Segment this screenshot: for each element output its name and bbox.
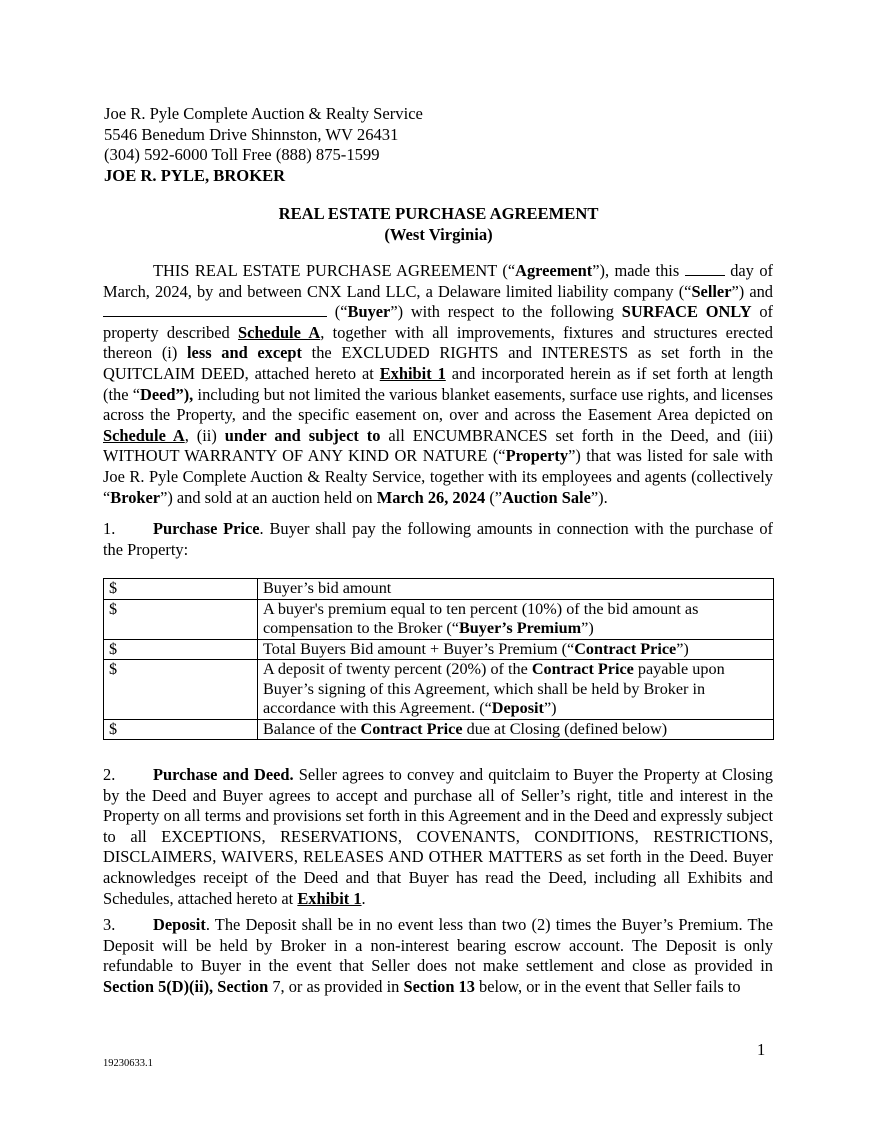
text: ”), made this [592,261,684,280]
amount-cell[interactable]: $ [104,639,258,660]
title-sub: (West Virginia) [0,225,877,246]
text: 7, or as provided in [268,977,403,996]
company-name: Joe R. Pyle Complete Auction & Realty Se… [104,104,423,125]
defined-term: Contract Price [532,660,634,678]
text: ”) [544,699,557,717]
text: ”) with respect to the following [390,302,621,321]
auction-date: March 26, 2024 [377,488,486,507]
text: A deposit of twenty percent (20%) of the [263,660,532,678]
day-blank-field[interactable] [685,261,725,276]
section-number: 1. [103,519,153,540]
exhibit-1-reference: Exhibit 1 [297,889,361,908]
text: due at Closing (defined below) [463,720,668,738]
text: ”). [591,488,608,507]
section-1-purchase-price: 1.Purchase Price. Buyer shall pay the fo… [103,519,773,560]
section-3-deposit: 3.Deposit. The Deposit shall be in no ev… [103,915,773,997]
text: ”), [176,385,194,404]
description-cell: Balance of the Contract Price due at Clo… [258,719,774,740]
section-number: 3. [103,915,153,936]
text: Total Buyers Bid amount + Buyer’s Premiu… [263,640,574,658]
section-heading: Deposit [153,915,206,934]
company-address: 5546 Benedum Drive Shinnston, WV 26431 [104,125,423,146]
document-id: 19230633.1 [103,1058,153,1069]
text: ”) [676,640,689,658]
defined-term: Contract Price [574,640,676,658]
document-title: REAL ESTATE PURCHASE AGREEMENT (West Vir… [0,204,877,245]
text: (” [485,488,502,507]
text: (“ [327,302,348,321]
defined-term: Deposit [492,699,544,717]
defined-term: Auction Sale [502,488,591,507]
amount-cell[interactable]: $ [104,579,258,600]
text: ”) [581,619,594,637]
description-cell: A deposit of twenty percent (20%) of the… [258,660,774,720]
page-number: 1 [757,1040,765,1060]
title-main: REAL ESTATE PURCHASE AGREEMENT [0,204,877,225]
emphasis: SURFACE ONLY [622,302,752,321]
description-cell: A buyer's premium equal to ten percent (… [258,599,774,639]
purchase-price-table: $Buyer’s bid amount$A buyer's premium eq… [103,578,774,740]
price-table-row: $Buyer’s bid amount [104,579,774,600]
text: below, or in the event that Seller fails… [475,977,741,996]
defined-term: Broker [110,488,160,507]
section-heading: Purchase Price [153,519,260,538]
description-cell: Buyer’s bid amount [258,579,774,600]
section-heading: Purchase and Deed. [153,765,294,784]
company-phone: (304) 592-6000 Toll Free (888) 875-1599 [104,145,423,166]
amount-cell[interactable]: $ [104,719,258,740]
description-cell: Total Buyers Bid amount + Buyer’s Premiu… [258,639,774,660]
text: Seller agrees to convey and quitclaim to… [103,765,773,908]
text: ”) and sold at an auction held on [160,488,377,507]
defined-term: Deed [140,385,176,404]
price-table-row: $A buyer's premium equal to ten percent … [104,599,774,639]
schedule-a-reference: Schedule A [103,426,185,445]
emphasis: less and except [187,343,302,362]
text: THIS REAL ESTATE PURCHASE AGREEMENT (“ [153,261,515,280]
defined-term: Buyer’s Premium [459,619,581,637]
text: . [362,889,366,908]
text: , (ii) [185,426,225,445]
price-table-row: $Total Buyers Bid amount + Buyer’s Premi… [104,639,774,660]
defined-term: Buyer [348,302,391,321]
text: including but not limited the various bl… [103,385,773,425]
intro-paragraph: THIS REAL ESTATE PURCHASE AGREEMENT (“Ag… [103,261,773,508]
defined-term: Contract Price [361,720,463,738]
defined-term: Seller [691,282,731,301]
amount-cell[interactable]: $ [104,599,258,639]
section-number: 2. [103,765,153,786]
section-2-purchase-and-deed: 2.Purchase and Deed. Seller agrees to co… [103,765,773,909]
defined-term: Property [506,446,569,465]
price-table-row: $A deposit of twenty percent (20%) of th… [104,660,774,720]
buyer-name-blank-field[interactable] [103,302,327,317]
amount-cell[interactable]: $ [104,660,258,720]
schedule-a-reference: Schedule A [238,323,320,342]
section-reference: Section 13 [403,977,474,996]
text: ”) and [732,282,774,301]
section-reference: Section 5(D)(ii), Section [103,977,268,996]
broker-name: JOE R. PYLE, BROKER [104,166,423,187]
price-table-row: $Balance of the Contract Price due at Cl… [104,719,774,740]
emphasis: under and subject to [225,426,381,445]
document-page: Joe R. Pyle Complete Auction & Realty Se… [0,0,877,1135]
text: Balance of the [263,720,361,738]
letterhead: Joe R. Pyle Complete Auction & Realty Se… [104,104,423,186]
text: Buyer’s bid amount [263,579,391,597]
defined-term: Agreement [515,261,592,280]
exhibit-1-reference: Exhibit 1 [380,364,446,383]
